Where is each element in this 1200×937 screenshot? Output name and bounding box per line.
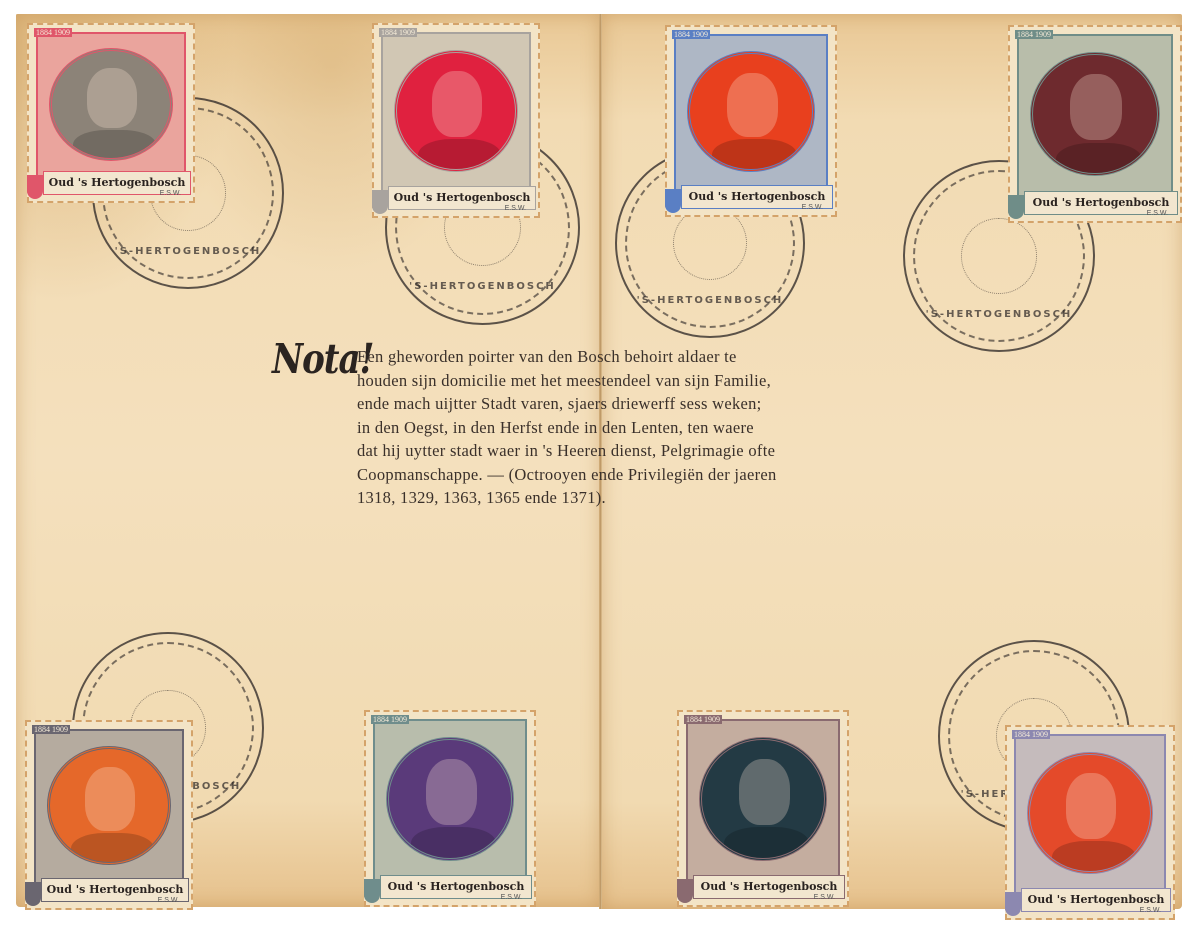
text-line: houden sijn domicilie met het meestendee… (357, 369, 909, 393)
coat-of-arms-icon (372, 190, 388, 214)
text-line: 1318, 1329, 1363, 1365 ende 1371). (357, 486, 909, 510)
portrait-image (394, 50, 519, 172)
text-line: Coopmanschappe. — (Octrooyen ende Privil… (357, 463, 909, 487)
printer-mark: E.S.W. (814, 894, 835, 901)
printer-mark: E.S.W. (158, 897, 179, 904)
stamp-years: 1884 1909 (34, 28, 72, 37)
stamp: 1884 1909 Oud 's Hertogenbosch E.S.W. (372, 23, 540, 218)
printer-mark: E.S.W. (1140, 907, 1161, 914)
coat-of-arms-icon (25, 882, 41, 906)
stamp: 1884 1909 Oud 's Hertogenbosch E.S.W. (27, 23, 195, 203)
stamp: 1884 1909 Oud 's Hertogenbosch E.S.W. (364, 710, 536, 907)
portrait-image (386, 737, 514, 861)
printer-mark: E.S.W. (501, 894, 522, 901)
stamp-years: 1884 1909 (379, 28, 417, 37)
portrait-image (1030, 52, 1159, 176)
text-line: dat hij uytter stadt waer in 's Heeren d… (357, 439, 909, 463)
text-line: Een gheworden poirter van den Bosch beho… (357, 345, 909, 369)
coat-of-arms-icon (27, 175, 43, 199)
stamp-years: 1884 1909 (672, 30, 710, 39)
stamp-years: 1884 1909 (684, 715, 722, 724)
text-line: in den Oegst, in den Herfst ende in den … (357, 416, 909, 440)
portrait-image (1027, 752, 1153, 874)
stamp: 1884 1909 Oud 's Hertogenbosch E.S.W. (25, 720, 193, 910)
portrait-image (699, 737, 827, 861)
coat-of-arms-icon (665, 189, 681, 213)
stamp: 1884 1909 Oud 's Hertogenbosch E.S.W. (1008, 25, 1182, 223)
printer-mark: E.S.W. (505, 205, 526, 212)
coat-of-arms-icon (1008, 195, 1024, 219)
stamp-years: 1884 1909 (1015, 30, 1053, 39)
portrait-image (47, 746, 172, 865)
portrait-image (687, 51, 815, 171)
body-text: Een gheworden poirter van den Bosch beho… (357, 345, 909, 510)
stamp: 1884 1909 Oud 's Hertogenbosch E.S.W. (665, 25, 837, 217)
portrait-image (49, 48, 174, 161)
printer-mark: E.S.W. (160, 190, 181, 197)
printer-mark: E.S.W. (1147, 210, 1168, 217)
stamp-years: 1884 1909 (1012, 730, 1050, 739)
coat-of-arms-icon (677, 879, 693, 903)
stamp-years: 1884 1909 (32, 725, 70, 734)
coat-of-arms-icon (364, 879, 380, 903)
text-line: ende mach uijtter Stadt varen, sjaers dr… (357, 392, 909, 416)
stamp: 1884 1909 Oud 's Hertogenbosch E.S.W. (677, 710, 849, 907)
stamp-years: 1884 1909 (371, 715, 409, 724)
printer-mark: E.S.W. (802, 204, 823, 211)
coat-of-arms-icon (1005, 892, 1021, 916)
stamp: 1884 1909 Oud 's Hertogenbosch E.S.W. (1005, 725, 1175, 920)
